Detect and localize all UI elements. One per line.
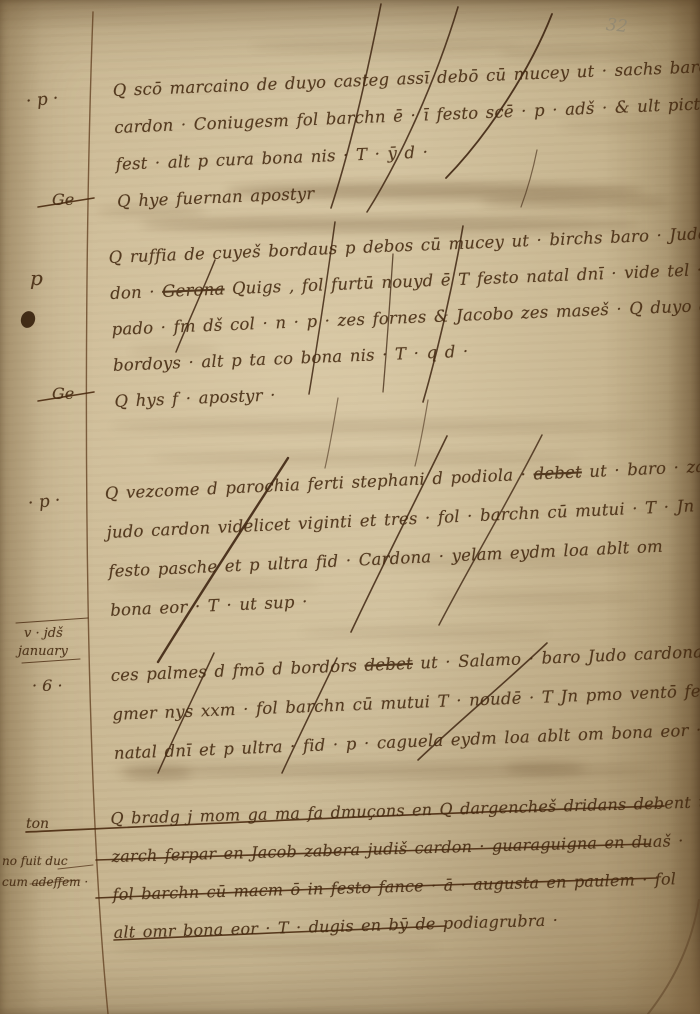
margin-mark-entry2: p	[30, 266, 43, 290]
entry-block-3: Q vezcome d parochia ferti stephani d po…	[104, 445, 700, 630]
line-text: fest · alt p cura bona nis · T · ȳ d ·	[115, 142, 428, 174]
entry-block-2: Q ruffia de cuyeš bordaus p debos cū muc…	[108, 211, 700, 420]
line-text: don ·	[110, 282, 163, 303]
cancellation-note-line2: cum adeffem ·	[2, 875, 88, 889]
struck-word: Gerona	[162, 279, 225, 300]
line-text: ces palmes d fmō d bordors	[110, 656, 365, 685]
line-text: Q hys f · apostyr ·	[114, 385, 276, 410]
margin-mark-entry3: · p ·	[27, 490, 61, 513]
stain	[300, 627, 550, 638]
stain	[250, 40, 520, 53]
struck-word: debet	[533, 462, 582, 483]
stain	[505, 762, 585, 775]
line-text: ut · Salamo · baro Judo cardona ferfa	[412, 640, 700, 673]
canceled-margin-mark: ton	[26, 816, 49, 832]
line-text: ut · baro · zabam	[581, 455, 700, 481]
date-margin-note-line1: v · jdš	[24, 626, 63, 641]
folio-number: 32	[605, 15, 629, 37]
entry-block-5-cancelled: Q bradg j mom ga ma fa dmuçons en Q darg…	[110, 783, 700, 952]
date-margin-note-line2: january	[18, 644, 68, 659]
struck-word: debet	[364, 654, 413, 675]
line-text: zarch ferpar en Jacob zabera judiš cardo…	[111, 831, 683, 866]
entry-block-1: Q scō marcaino de duyo casteg assī debō …	[112, 46, 700, 220]
margin-mark-entry1: · p ·	[25, 88, 59, 111]
line-text: alt omr bona eor · T · dugis en bȳ de po…	[113, 911, 558, 942]
margin-rule-line	[86, 12, 108, 1014]
ink-blot	[19, 309, 38, 329]
line-text: bordoys · alt p ta co bona nis · T · q d…	[113, 342, 469, 375]
line-text: fol barchn cū macm ō in festo fance · ā …	[112, 869, 676, 904]
cancellation-note-line1: no fuit duc	[2, 854, 68, 868]
obiit-margin-mark-2: Ge	[52, 384, 74, 403]
manuscript-page: 32 · p · Ge p Ge · p · v · jdš january ·…	[0, 0, 700, 1014]
margin-mark-entry4: · 6 ·	[32, 676, 63, 695]
line-text: bona eor · T · ut sup ·	[110, 592, 308, 620]
line-text: Q hye fuernan apostyr	[117, 184, 315, 211]
entry-block-4: ces palmes d fmō d bordors debet ut · Sa…	[110, 630, 700, 773]
line-text: Q bradg j mom ga ma fa dmuçons en Q darg…	[110, 792, 700, 828]
obiit-margin-mark-1: Ge	[52, 190, 74, 209]
stain	[110, 420, 640, 433]
